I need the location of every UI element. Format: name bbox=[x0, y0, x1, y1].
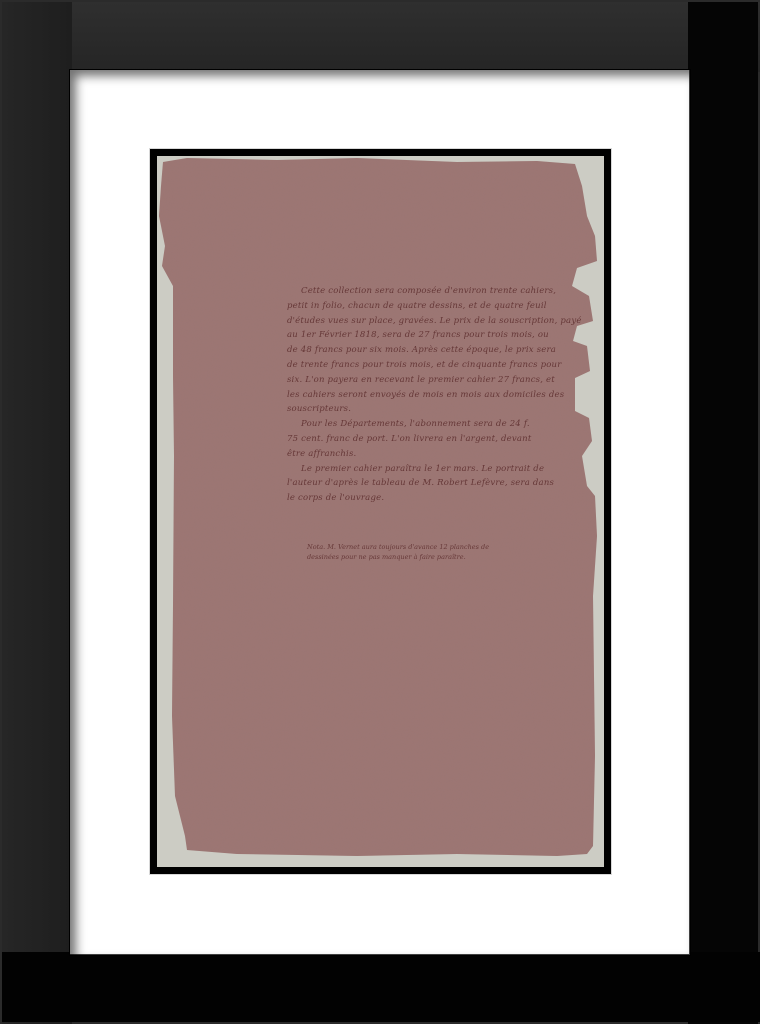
text-line: les cahiers seront envoyés de mois en mo… bbox=[287, 390, 564, 400]
text-line: Cette collection sera composée d'environ… bbox=[301, 286, 556, 296]
text-line: être affranchis. bbox=[287, 449, 356, 459]
text-line: au 1er Février 1818, sera de 27 francs p… bbox=[287, 330, 549, 340]
text-line: petit in folio, chacun de quatre dessins… bbox=[287, 301, 547, 311]
text-line: 75 cent. franc de port. L'on livrera en … bbox=[287, 434, 531, 444]
frame-right-bevel bbox=[688, 2, 758, 1024]
note-line: dessinées pour ne pas manquer à faire pa… bbox=[307, 553, 466, 561]
manuscript-paper bbox=[157, 156, 604, 867]
frame-top-bevel bbox=[2, 2, 760, 72]
text-line: six. L'on payera en recevant le premier … bbox=[287, 375, 555, 385]
frame-left-bevel bbox=[2, 2, 72, 1024]
frame-bottom-bevel bbox=[2, 952, 760, 1022]
inner-fillet-frame: Cette collection sera composée d'environ… bbox=[149, 148, 612, 875]
paragraph-3: Le premier cahier paraîtra le 1er mars. … bbox=[287, 462, 655, 506]
manuscript-note: Nota. M. Vernet aura toujours d'avance 1… bbox=[307, 542, 647, 562]
backing-board: Cette collection sera composée d'environ… bbox=[157, 156, 604, 867]
text-line: d'études vues sur place, gravées. Le pri… bbox=[287, 316, 582, 326]
text-line: l'auteur d'après le tableau de M. Robert… bbox=[287, 478, 554, 488]
text-line: Pour les Départements, l'abonnement sera… bbox=[301, 419, 530, 429]
paragraph-2: Pour les Départements, l'abonnement sera… bbox=[287, 417, 655, 461]
manuscript-text: Cette collection sera composée d'environ… bbox=[287, 284, 655, 506]
paper-shape bbox=[157, 156, 604, 867]
text-line: le corps de l'ouvrage. bbox=[287, 493, 384, 503]
paragraph-1: Cette collection sera composée d'environ… bbox=[287, 284, 655, 417]
note-line: Nota. M. Vernet aura toujours d'avance 1… bbox=[307, 543, 489, 551]
text-line: souscripteurs. bbox=[287, 404, 351, 414]
text-line: Le premier cahier paraîtra le 1er mars. … bbox=[301, 464, 544, 474]
text-line: de trente francs pour trois mois, et de … bbox=[287, 360, 561, 370]
text-line: de 48 francs pour six mois. Après cette … bbox=[287, 345, 556, 355]
